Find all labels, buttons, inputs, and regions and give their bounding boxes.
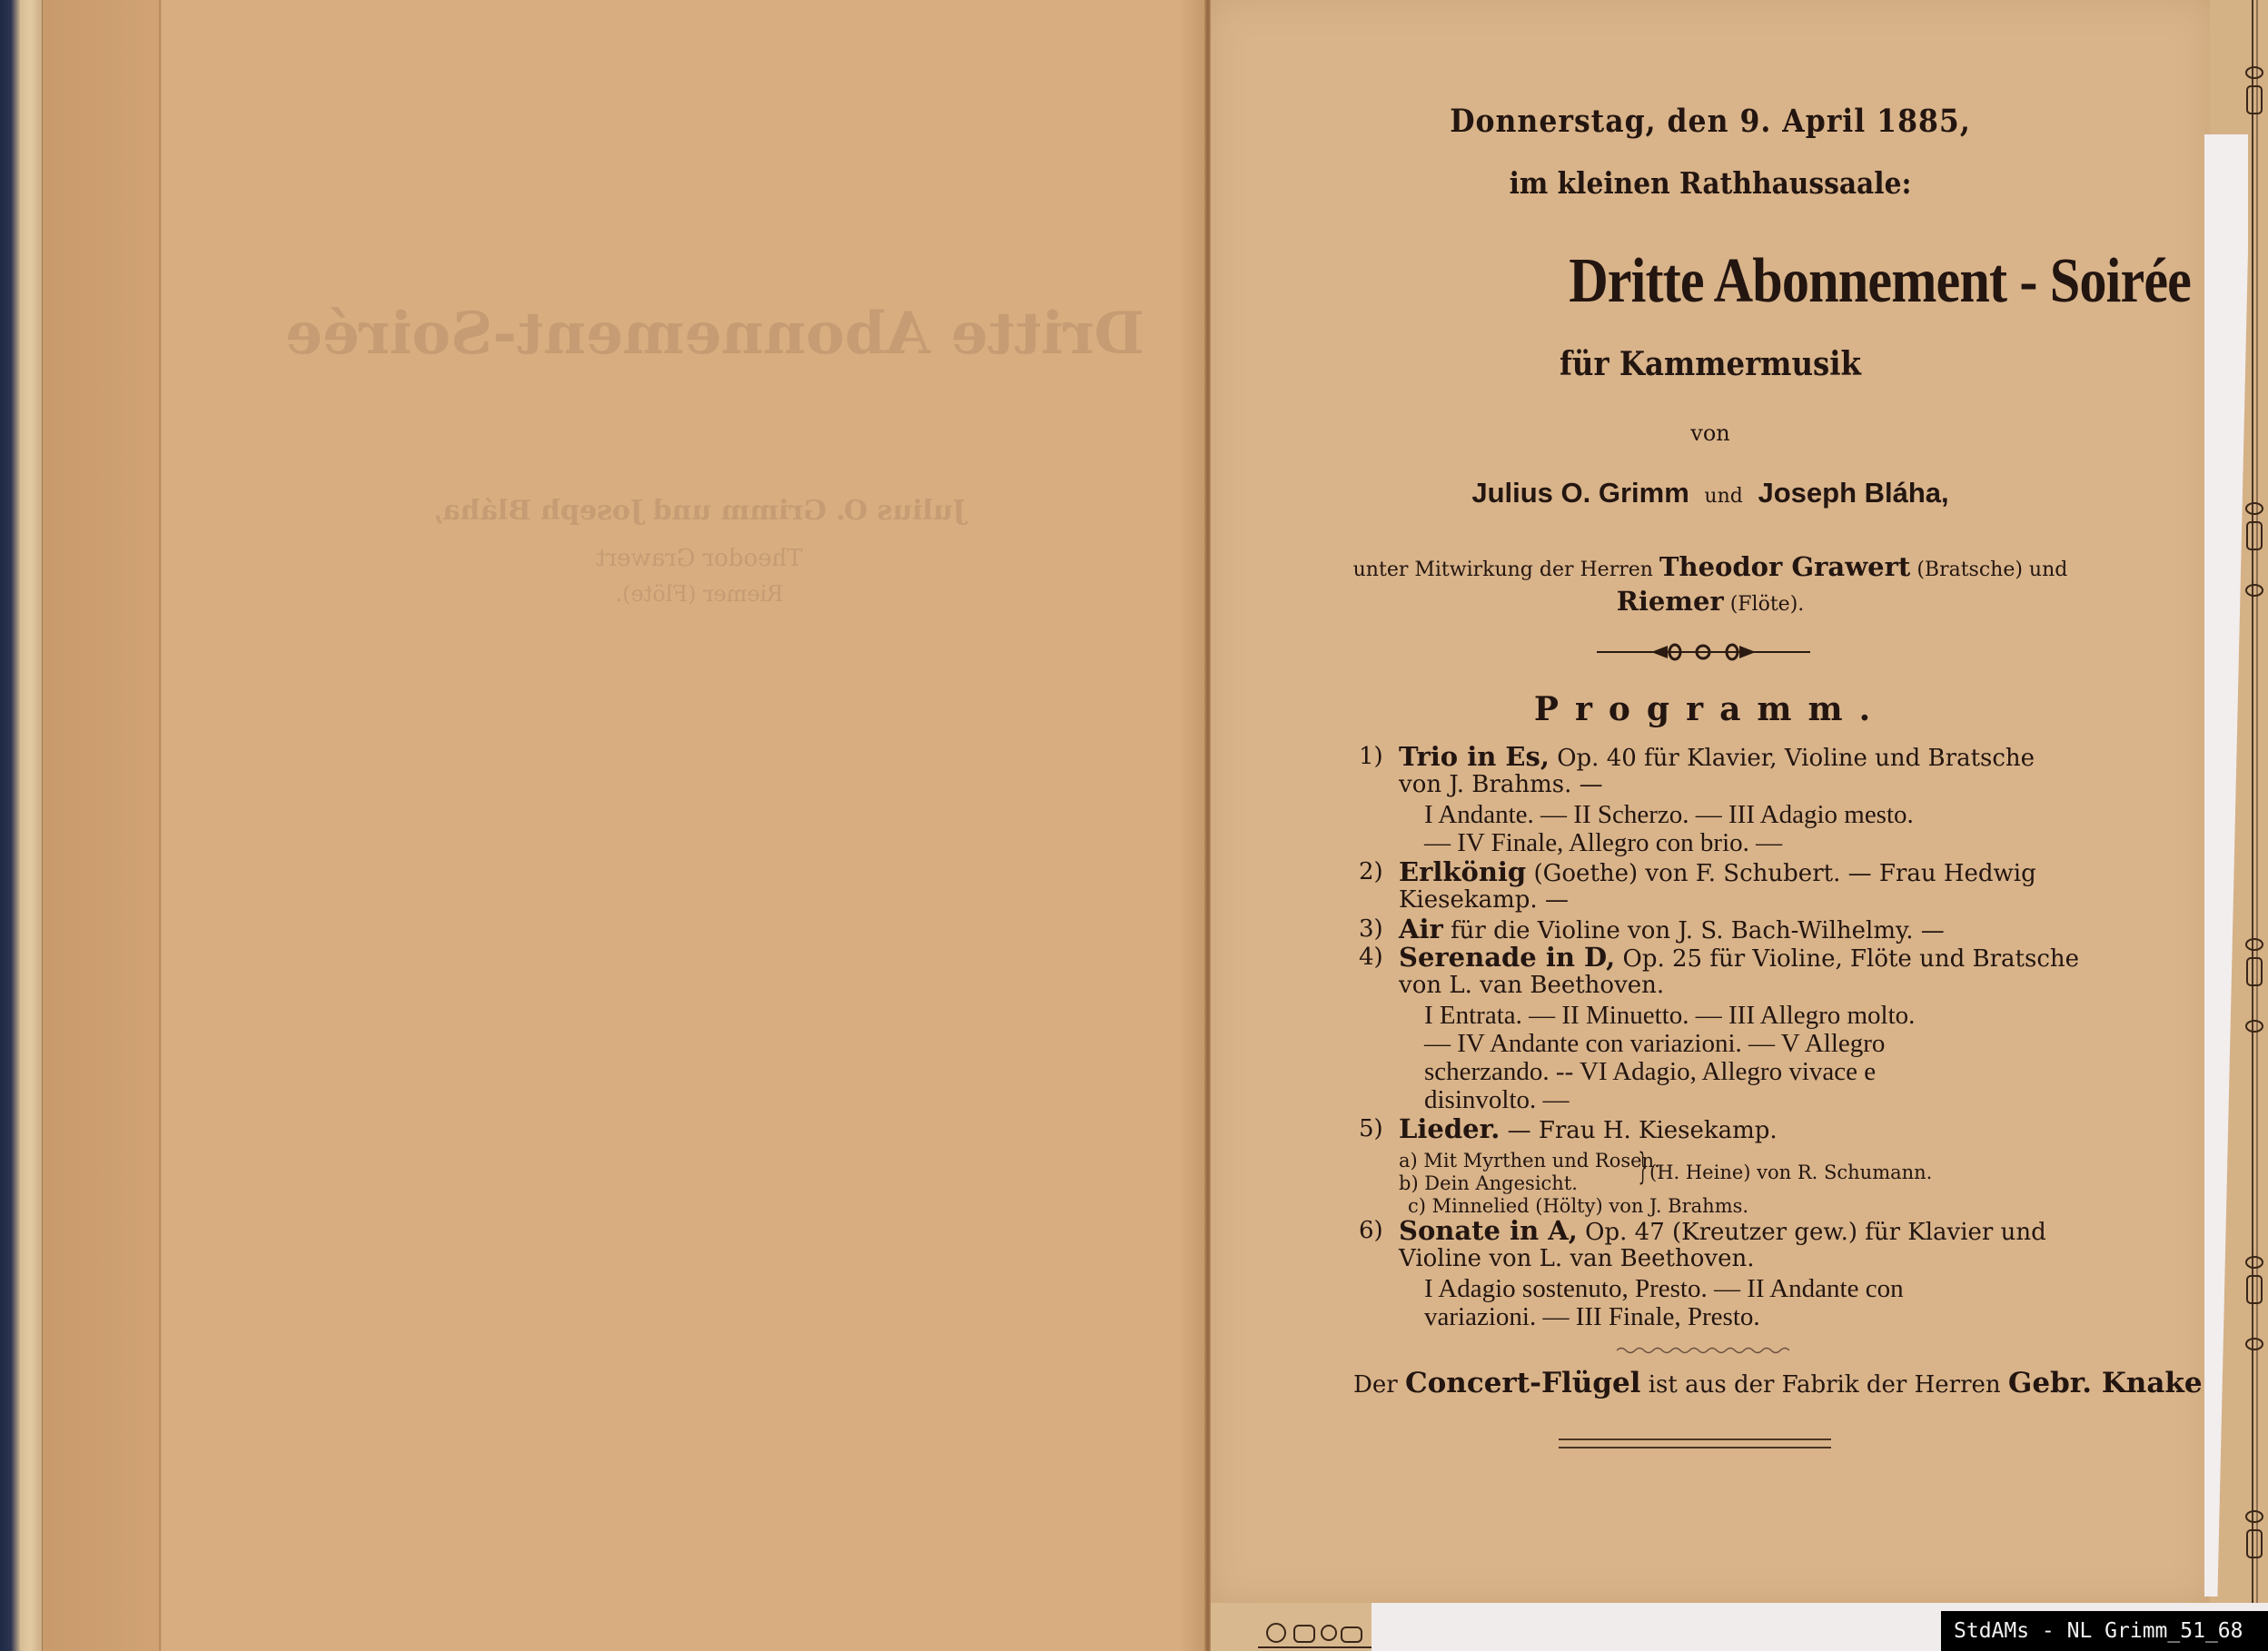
item-number: 5) bbox=[1359, 1115, 1383, 1143]
item-number: 3) bbox=[1359, 915, 1383, 944]
performers-line: Julius O. Grimm und Joseph Bláha, bbox=[1211, 477, 2210, 509]
left-page-margin-shade bbox=[35, 0, 162, 1651]
left-page-fold bbox=[159, 0, 161, 1651]
assist-prefix: unter Mitwirkung der Herren bbox=[1353, 559, 1653, 581]
show-through-assist-2: Riemer (Flöte). bbox=[381, 581, 1017, 607]
page-stack-edge bbox=[20, 0, 43, 1651]
by-label: von bbox=[1211, 420, 2210, 446]
item-number: 4) bbox=[1359, 944, 1383, 972]
item-detail: für die Violine von J. S. Bach-Wilhelmy.… bbox=[1451, 917, 1945, 944]
item-detail: (Goethe) von F. Schubert. — Frau Hedwig bbox=[1533, 860, 2035, 887]
item-movements: — IV Andante con variazioni. — V Allegro bbox=[1424, 1030, 1885, 1058]
show-through-names: Julius O. Grimm und Joseph Bláha, bbox=[381, 495, 1017, 527]
item-number: 2) bbox=[1359, 858, 1383, 886]
songs-ab-attribution: (H. Heine) von R. Schumann. bbox=[1649, 1159, 1932, 1187]
item-movements: I Entrata. — II Minuetto. — III Allegro … bbox=[1424, 1002, 1915, 1030]
item-title: Serenade in D, bbox=[1399, 942, 1615, 973]
corner-ornament-icon bbox=[1258, 1606, 1372, 1651]
brace-icon: } bbox=[1639, 1149, 1648, 1185]
concert-subtitle: für Kammermusik bbox=[1211, 345, 2210, 383]
piano-concert-grand: Concert-Flügel bbox=[1405, 1367, 1641, 1399]
ornamental-divider-icon bbox=[1597, 639, 1810, 665]
concert-venue: im kleinen Rathhaussaale: bbox=[1211, 165, 2210, 201]
show-through-assist: Theodor Grawert bbox=[381, 545, 1017, 572]
assist-name-riemer: Riemer bbox=[1617, 586, 1724, 617]
assisting-line-2: Riemer (Flöte). bbox=[1211, 586, 2210, 617]
and-label: und bbox=[1704, 485, 1742, 508]
show-through-title: Dritte Abonnement-Soirée bbox=[327, 300, 1144, 368]
item-movements: scherzando. -- VI Adagio, Allegro vivace… bbox=[1424, 1058, 1876, 1086]
item-movements: variazioni. — III Finale, Presto. bbox=[1424, 1303, 1760, 1331]
item-number: 6) bbox=[1359, 1217, 1383, 1245]
item-movements: I Andante. — II Scherzo. — III Adagio me… bbox=[1424, 801, 1914, 829]
item-title: Trio in Es, bbox=[1399, 741, 1550, 772]
item-detail: Op. 40 für Klavier, Violine und Bratsche bbox=[1557, 745, 2035, 772]
item-composer: Violine von L. van Beethoven. bbox=[1399, 1245, 1754, 1273]
concert-date: Donnerstag, den 9. April 1885, bbox=[1211, 103, 2210, 140]
item-title: Sonate in A, bbox=[1399, 1215, 1578, 1246]
item-title: Erlkönig bbox=[1399, 856, 1526, 887]
performer-grimm: Julius O. Grimm bbox=[1471, 477, 1689, 509]
assist-instrument-viola: (Bratsche) und bbox=[1916, 559, 2067, 581]
item-title: Lieder. bbox=[1399, 1113, 1500, 1144]
piano-prefix: Der bbox=[1353, 1371, 1398, 1399]
ornamental-border-icon bbox=[2243, 0, 2265, 1651]
item-detail: Op. 47 (Kreutzer gew.) für Klavier und bbox=[1585, 1219, 2046, 1246]
assisting-line-1: unter Mitwirkung der Herren Theodor Graw… bbox=[1211, 551, 2210, 582]
concert-title: Dritte Abonnement - Soirée bbox=[1451, 245, 2268, 318]
assist-name-grawert: Theodor Grawert bbox=[1659, 551, 1910, 582]
item-movements: I Adagio sostenuto, Presto. — II Andante… bbox=[1424, 1275, 1904, 1303]
item-detail: Op. 25 für Violine, Flöte und Bratsche bbox=[1623, 945, 2080, 973]
item-composer: von L. van Beethoven. bbox=[1399, 972, 1664, 1000]
piano-middle: ist aus der Fabrik der Herren bbox=[1649, 1371, 2001, 1399]
archive-signature-label: StdAMs - NL Grimm_51_68 bbox=[1941, 1611, 2268, 1651]
item-number: 1) bbox=[1359, 743, 1383, 771]
item-performer: Kiesekamp. — bbox=[1399, 886, 1569, 914]
wavy-rule-icon bbox=[1617, 1346, 1789, 1355]
piano-credit-line: Der Concert-Flügel ist aus der Fabrik de… bbox=[1353, 1367, 2053, 1399]
performer-blaha: Joseph Bláha, bbox=[1758, 477, 1948, 509]
program-heading: Programm. bbox=[1211, 690, 2210, 728]
item-composer: von J. Brahms. — bbox=[1399, 771, 1603, 799]
item-detail: — Frau H. Kiesekamp. bbox=[1508, 1117, 1778, 1144]
left-page-blank bbox=[35, 0, 1208, 1651]
assist-instrument-flute: (Flöte). bbox=[1730, 593, 1805, 616]
item-title: Air bbox=[1399, 914, 1443, 944]
piano-maker: Gebr. Knake. bbox=[2008, 1367, 2213, 1399]
item-movements: — IV Finale, Allegro con brio. — bbox=[1424, 829, 1782, 857]
item-movements: disinvolto. — bbox=[1424, 1086, 1570, 1114]
closing-double-rule bbox=[1559, 1438, 1831, 1448]
